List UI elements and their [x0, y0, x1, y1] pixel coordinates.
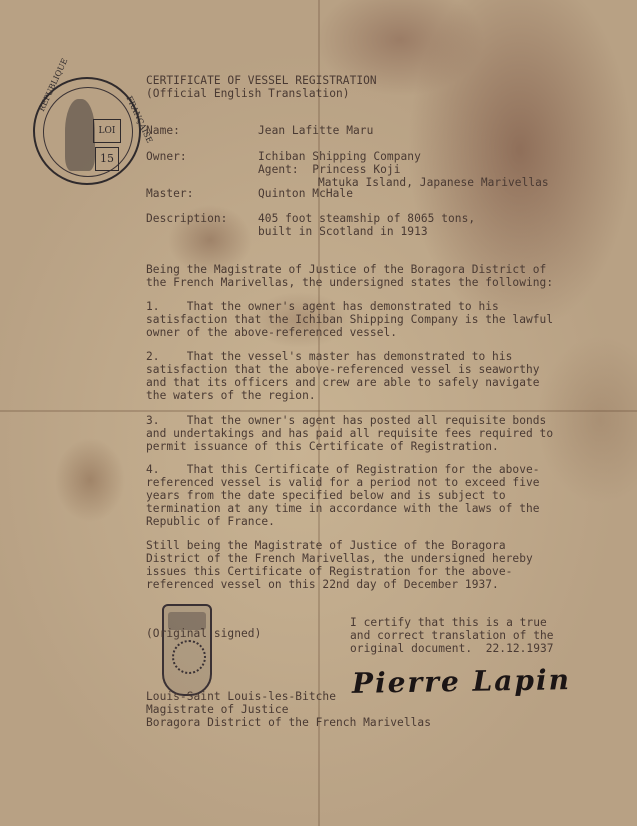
owner-label: Owner:: [146, 150, 187, 163]
issuance-line: referenced vessel on this 22nd day of De…: [146, 578, 499, 591]
republique-francaise-seal-icon: REPUBLIQUE FRANÇAISE LOI 15: [33, 77, 141, 185]
seal-tablet-text: LOI: [93, 119, 121, 143]
clause-line: and undertakings and has paid all requis…: [146, 427, 553, 440]
description-line-1: 405 foot steamship of 8065 tons,: [258, 212, 475, 225]
clause-line: permit issuance of this Certificate of R…: [146, 440, 499, 453]
name-value: Jean Lafitte Maru: [258, 124, 373, 137]
issuance-line: Still being the Magistrate of Justice of…: [146, 539, 506, 552]
original-signed-note: (Original signed): [146, 627, 261, 640]
preamble-line: Being the Magistrate of Justice of the B…: [146, 263, 546, 276]
agent-line: Agent: Princess Koji: [258, 163, 401, 176]
certificate-page: REPUBLIQUE FRANÇAISE LOI 15 CERTIFICATE …: [0, 0, 637, 826]
paper-fold-horizontal: [0, 410, 637, 412]
issuance-line: issues this Certificate of Registration …: [146, 565, 512, 578]
magistrate-district: Boragora District of the French Marivell…: [146, 716, 431, 729]
clause-line: 3. That the owner's agent has posted all…: [146, 414, 546, 427]
clause-line: 4. That this Certificate of Registration…: [146, 463, 540, 476]
master-label: Master:: [146, 187, 194, 200]
clause-line: Republic of France.: [146, 515, 275, 528]
seal-figure: [65, 99, 95, 171]
clause-line: years from the date specified below and …: [146, 489, 506, 502]
clause-line: owner of the above-referenced vessel.: [146, 326, 397, 339]
clause-line: 1. That the owner's agent has demonstrat…: [146, 300, 499, 313]
name-label: Name:: [146, 124, 180, 137]
clause-line: referenced vessel is valid for a period …: [146, 476, 540, 489]
seal-tablet-number: 15: [95, 147, 119, 171]
clause-line: termination at any time in accordance wi…: [146, 502, 540, 515]
document-subtitle: (Official English Translation): [146, 87, 350, 100]
issuance-line: District of the French Marivellas, the u…: [146, 552, 533, 565]
clause-line: 2. That the vessel's master has demonstr…: [146, 350, 512, 363]
translator-signature: Pierre Lapin: [352, 663, 572, 700]
magistrate-name: Louis-Saint Louis-les-Bitche: [146, 690, 336, 703]
clause-line: the waters of the region.: [146, 389, 316, 402]
magistrate-title: Magistrate of Justice: [146, 703, 289, 716]
owner-value: Ichiban Shipping Company: [258, 150, 421, 163]
clause-line: and that its officers and crew are able …: [146, 376, 540, 389]
description-line-2: built in Scotland in 1913: [258, 225, 428, 238]
official-stamp-icon: [162, 604, 212, 696]
document-title: CERTIFICATE OF VESSEL REGISTRATION: [146, 74, 377, 87]
preamble-line: the French Marivellas, the undersigned s…: [146, 276, 553, 289]
certification-line: original document. 22.12.1937: [350, 642, 554, 655]
stamp-emblem: [172, 640, 206, 674]
certification-line: and correct translation of the: [350, 629, 554, 642]
clause-line: satisfaction that the above-referenced v…: [146, 363, 540, 376]
certification-line: I certify that this is a true: [350, 616, 547, 629]
clause-line: satisfaction that the Ichiban Shipping C…: [146, 313, 553, 326]
description-label: Description:: [146, 212, 227, 225]
master-value: Quinton McHale: [258, 187, 353, 200]
